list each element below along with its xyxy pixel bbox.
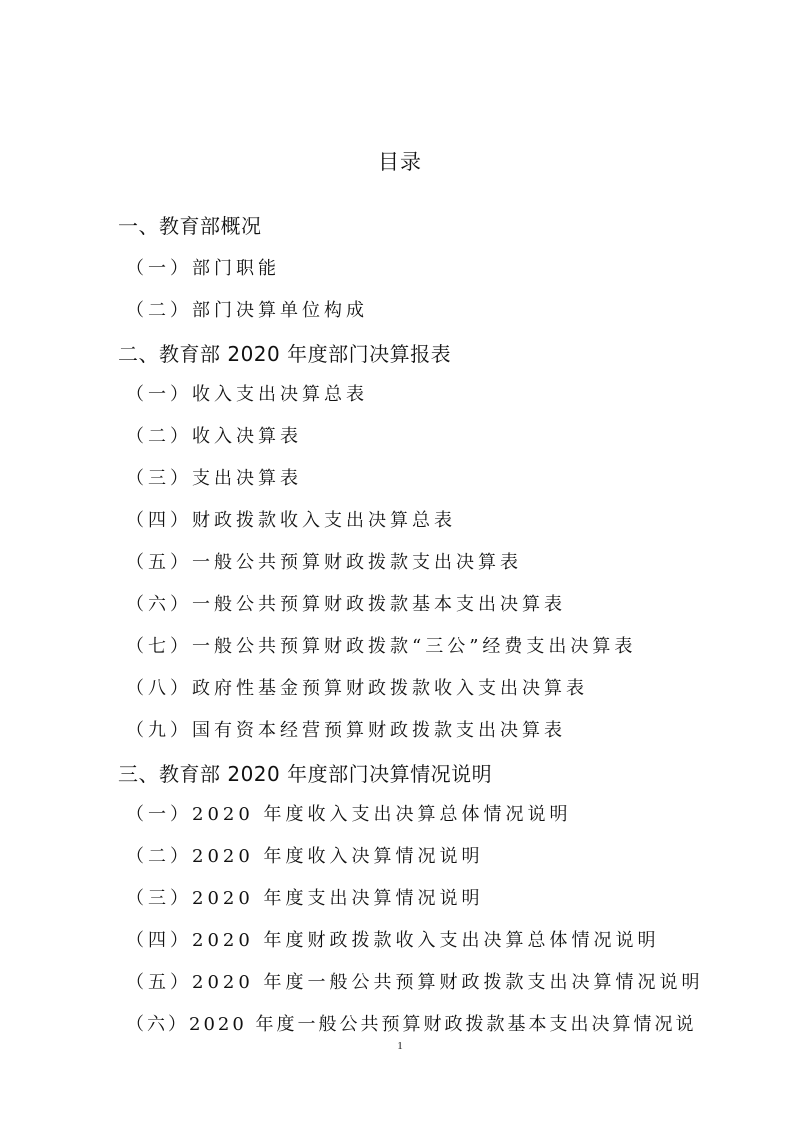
toc-item-2-1[interactable]: （一）收入支出决算总表 bbox=[126, 380, 368, 406]
toc-item-3-1[interactable]: （一）2020 年度收入支出决算总体情况说明 bbox=[126, 800, 572, 826]
toc-item-2-9[interactable]: （九）国有资本经营预算财政拨款支出决算表 bbox=[126, 716, 566, 742]
toc-item-3-3[interactable]: （三）2020 年度支出决算情况说明 bbox=[126, 884, 484, 910]
toc-item-2-5[interactable]: （五）一般公共预算财政拨款支出决算表 bbox=[126, 548, 522, 574]
toc-section-3[interactable]: 三、教育部 2020 年度部门决算情况说明 bbox=[118, 758, 492, 787]
toc-item-1-1[interactable]: （一）部门职能 bbox=[126, 254, 280, 280]
toc-item-2-4[interactable]: （四）财政拨款收入支出决算总表 bbox=[126, 506, 456, 532]
toc-item-1-2[interactable]: （二）部门决算单位构成 bbox=[126, 296, 368, 322]
toc-item-3-6[interactable]: （六）2020 年度一般公共预算财政拨款基本支出决算情况说 bbox=[126, 1010, 697, 1036]
toc-section-1[interactable]: 一、教育部概况 bbox=[118, 210, 262, 239]
toc-item-2-8[interactable]: （八）政府性基金预算财政拨款收入支出决算表 bbox=[126, 674, 588, 700]
toc-item-2-3[interactable]: （三）支出决算表 bbox=[126, 464, 302, 490]
document-page: 目录 一、教育部概况 （一）部门职能 （二）部门决算单位构成 二、教育部 202… bbox=[0, 0, 800, 1131]
toc-item-2-6[interactable]: （六）一般公共预算财政拨款基本支出决算表 bbox=[126, 590, 566, 616]
toc-item-3-4[interactable]: （四）2020 年度财政拨款收入支出决算总体情况说明 bbox=[126, 926, 660, 952]
toc-title: 目录 bbox=[0, 146, 800, 176]
toc-section-2[interactable]: 二、教育部 2020 年度部门决算报表 bbox=[118, 338, 451, 367]
toc-item-2-2[interactable]: （二）收入决算表 bbox=[126, 422, 302, 448]
page-number: 1 bbox=[0, 1040, 800, 1052]
toc-item-3-2[interactable]: （二）2020 年度收入决算情况说明 bbox=[126, 842, 484, 868]
toc-item-2-7[interactable]: （七）一般公共预算财政拨款“三公”经费支出决算表 bbox=[126, 632, 636, 658]
toc-item-3-5[interactable]: （五）2020 年度一般公共预算财政拨款支出决算情况说明 bbox=[126, 968, 704, 994]
